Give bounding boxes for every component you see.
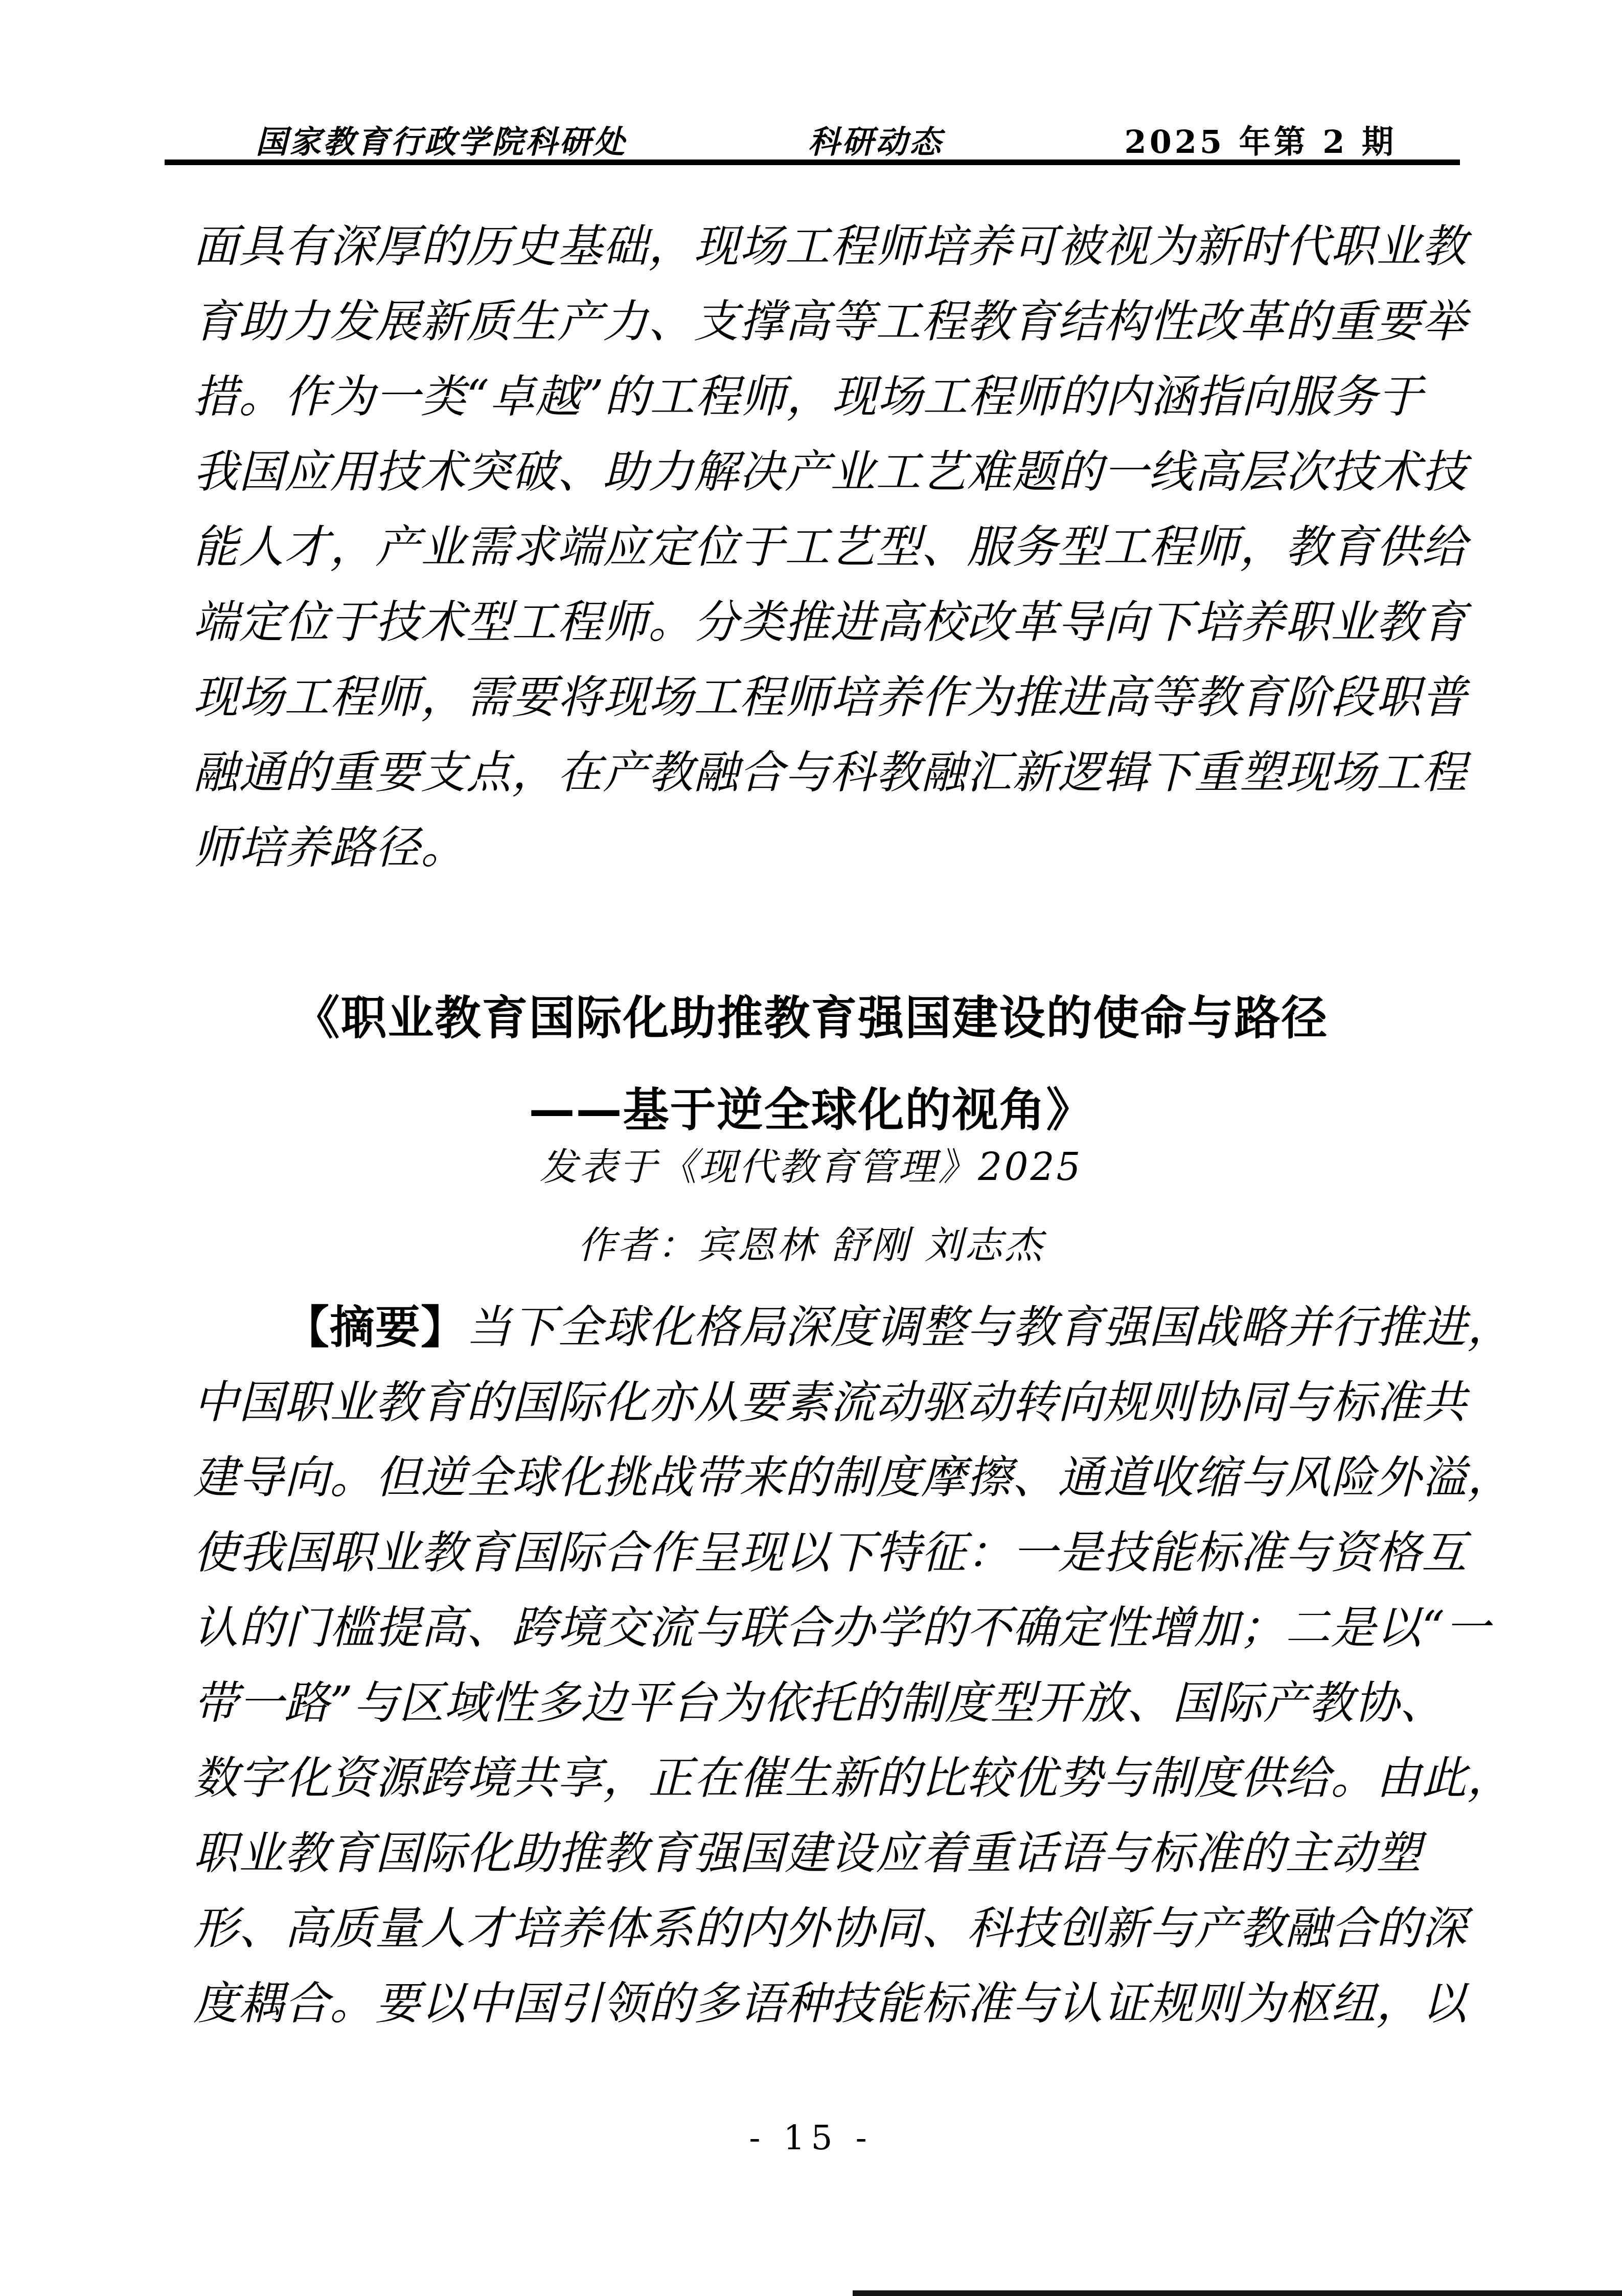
body-line: 措。作为一类“卓越”的工程师，现场工程师的内涵指向服务于 bbox=[193, 359, 1454, 434]
page-header: 国家教育行政学院科研处 科研动态 2025 年第 2 期 bbox=[256, 117, 1397, 162]
body-line: 能人才，产业需求端应定位于工艺型、服务型工程师，教育供给 bbox=[193, 509, 1454, 584]
body-line: 端定位于技术型工程师。分类推进高校改革导向下培养职业教育 bbox=[193, 584, 1454, 660]
body-line: 师培养路径。 bbox=[193, 810, 1454, 885]
abstract-line: 职业教育国际化助推教育强国建设应着重话语与标准的主动塑 bbox=[193, 1815, 1454, 1891]
body-paragraph: 面具有深厚的历史基础，现场工程师培养可被视为新时代职业教 育助力发展新质生产力、… bbox=[193, 209, 1454, 885]
abstract-line-first-text: 当下全球化格局深度调整与教育强国战略并行推进， bbox=[466, 1301, 1513, 1353]
body-line: 融通的重要支点，在产教融合与科教融汇新逻辑下重塑现场工程 bbox=[193, 735, 1454, 810]
header-divider-rule bbox=[165, 160, 1460, 165]
abstract-paragraph: 【摘要】当下全球化格局深度调整与教育强国战略并行推进， 中国职业教育的国际化亦从… bbox=[193, 1289, 1454, 2041]
page-number: - 15 - bbox=[0, 2118, 1622, 2157]
abstract-line: 带一路”与区域性多边平台为依托的制度型开放、国际产教协、 bbox=[193, 1665, 1454, 1740]
abstract-line: 度耦合。要以中国引领的多语种技能标准与认证规则为枢纽，以 bbox=[193, 1966, 1454, 2041]
body-line: 现场工程师，需要将现场工程师培养作为推进高等教育阶段职普 bbox=[193, 660, 1454, 735]
abstract-line: 使我国职业教育国际合作呈现以下特征：一是技能标准与资格互 bbox=[193, 1515, 1454, 1590]
abstract-line: 中国职业教育的国际化亦从要素流动驱动转向规则协同与标准共 bbox=[193, 1365, 1454, 1440]
header-center-publication: 科研动态 bbox=[808, 117, 943, 162]
header-right-issue: 2025 年第 2 期 bbox=[1125, 117, 1397, 162]
abstract-line: 建导向。但逆全球化挑战带来的制度摩擦、通道收缩与风险外溢， bbox=[193, 1440, 1454, 1515]
abstract-line: 认的门槛提高、跨境交流与联合办学的不确定性增加；二是以“一 bbox=[193, 1590, 1454, 1665]
body-line: 面具有深厚的历史基础，现场工程师培养可被视为新时代职业教 bbox=[193, 209, 1454, 284]
header-left-org: 国家教育行政学院科研处 bbox=[256, 117, 627, 162]
article-title-line1: 《职业教育国际化助推教育强国建设的使命与路径 bbox=[0, 994, 1622, 1043]
article-title-line2: ——基于逆全球化的视角》 bbox=[0, 1086, 1622, 1135]
document-page: 国家教育行政学院科研处 科研动态 2025 年第 2 期 面具有深厚的历史基础，… bbox=[0, 0, 1622, 2296]
body-line: 我国应用技术突破、助力解决产业工艺难题的一线高层次技术技 bbox=[193, 434, 1454, 509]
abstract-line: 数字化资源跨境共享，正在催生新的比较优势与制度供给。由此， bbox=[193, 1740, 1454, 1815]
body-line: 育助力发展新质生产力、支撑高等工程教育结构性改革的重要举 bbox=[193, 284, 1454, 359]
abstract-label: 【摘要】 bbox=[284, 1300, 466, 1353]
abstract-line: 形、高质量人才培养体系的内外协同、科技创新与产教融合的深 bbox=[193, 1891, 1454, 1966]
authors-line: 作者：宾恩林 舒刚 刘志杰 bbox=[0, 1225, 1622, 1266]
published-in-line: 发表于《现代教育管理》2025 bbox=[0, 1147, 1622, 1188]
bottom-partial-edge-bar bbox=[853, 2290, 1622, 2296]
abstract-line-first: 【摘要】当下全球化格局深度调整与教育强国战略并行推进， bbox=[193, 1289, 1454, 1365]
